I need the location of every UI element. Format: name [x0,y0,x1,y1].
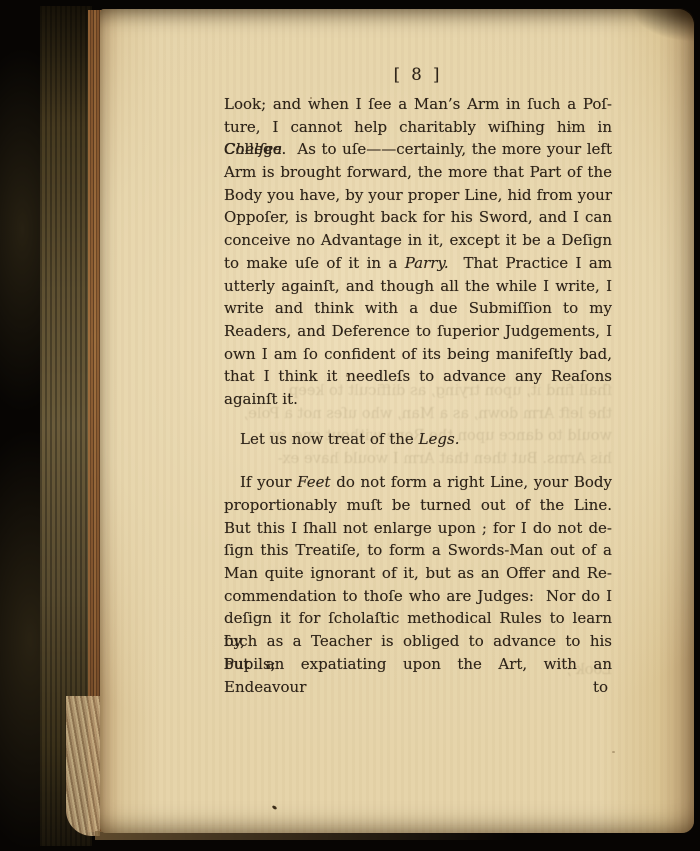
text-line: ſuch as a Teacher is obliged to advance … [224,630,612,653]
paper-speck [612,751,615,753]
text-segment: Man quite ignorant of it, but as an Offe… [224,564,612,582]
text-line: Arm is brought forward, the more that Pa… [224,161,612,184]
text-line: Let us now treat of the Legs. [224,428,612,451]
text-line: conceive no Advantage in it, except it b… [224,229,612,252]
text-segment: Let us now treat of the [240,430,419,448]
book-scan: ſhall find it, upon trying, as difficult… [0,0,700,851]
italic-text: Legs. [419,430,460,448]
italic-text: Parry. [405,254,449,272]
text-line: Body you have, by your proper Line, hid … [224,184,612,207]
text-segment: College. As to uſe——certainly, the more … [224,140,612,158]
text-block: [ 8 ] Look; and when I ſee a Man’s Arm i… [224,65,612,698]
paragraph-1: Look; and when I ſee a Man’s Arm in ſuch… [224,93,612,411]
text-line: But this I ſhall not enlarge upon ; for … [224,517,612,540]
text-segment: Arm is brought forward, the more that Pa… [224,163,612,181]
text-segment: proportionably muſt be turned out of the… [224,496,612,514]
text-segment: to make uſe of it in a [224,254,405,272]
italic-text: Feet [297,473,330,491]
body-text: Look; and when I ſee a Man’s Arm in ſuch… [224,93,612,676]
text-segment: againſt it. [224,390,298,408]
text-segment: Body you have, by your proper Line, hid … [224,186,612,204]
text-line: utterly againſt, and though all the whil… [224,275,612,298]
page-corner-shadow [585,8,695,72]
text-line: If your Feet do not form a right Line, y… [224,471,612,494]
text-line: to make uſe of it in a Parry. That Pract… [224,252,612,275]
book-page: ſhall find it, upon trying, as difficult… [100,9,694,833]
text-line: ſign this Treatiſe, to form a Swords-Man… [224,539,612,562]
text-line: againſt it. [224,388,612,411]
text-segment: Look; and when I ſee a Man’s Arm in ſuch… [224,95,612,113]
text-segment: that I think it needleſs to advance any … [224,367,612,385]
text-segment: Readers, and Deference to ſuperior Judge… [224,322,612,340]
text-line: deſign it for ſcholaſtic methodical Rule… [224,607,612,630]
text-segment: ture, I cannot help charitably wiſhing h… [224,118,612,136]
text-segment: conceive no Advantage in it, except it b… [224,231,612,249]
text-line: but an expatiating upon the Art, with an… [224,653,612,676]
text-segment: own I am ſo confident of its being manif… [224,345,612,363]
text-line: College. As to uſe——certainly, the more … [224,138,612,161]
text-segment: Oppoſer, is brought back for his Sword, … [224,208,612,226]
text-segment: But this I ſhall not enlarge upon ; for … [224,519,612,537]
text-line: write and think with a due Submiſſion to… [224,297,612,320]
text-segment: do not form a right Line, your Body [331,473,612,491]
paper-speck [272,805,278,810]
paragraph-2: Let us now treat of the Legs. [224,428,612,451]
text-line: that I think it needleſs to advance any … [224,365,612,388]
page-stack-bottom [66,696,100,836]
text-segment: utterly againſt, and though all the whil… [224,277,612,295]
text-line: Oppoſer, is brought back for his Sword, … [224,206,612,229]
text-line: Look; and when I ſee a Man’s Arm in ſuch… [224,93,612,116]
text-line: Man quite ignorant of it, but as an Offe… [224,562,612,585]
text-line: proportionably muſt be turned out of the… [224,494,612,517]
text-line: Readers, and Deference to ſuperior Judge… [224,320,612,343]
paragraph-3: If your Feet do not form a right Line, y… [224,471,612,675]
text-line: own I am ſo confident of its being manif… [224,343,612,366]
page-number: [ 8 ] [224,65,612,93]
text-segment: ſign this Treatiſe, to form a Swords-Man… [224,541,612,559]
text-line: ture, I cannot help charitably wiſhing h… [224,116,612,139]
text-segment: If your [240,473,297,491]
text-segment: That Practice I am [449,254,612,272]
text-line: commendation to thoſe who are Judges: No… [224,585,612,608]
text-segment: write and think with a due Submiſſion to… [224,299,612,317]
text-segment: commendation to thoſe who are Judges: No… [224,587,612,605]
